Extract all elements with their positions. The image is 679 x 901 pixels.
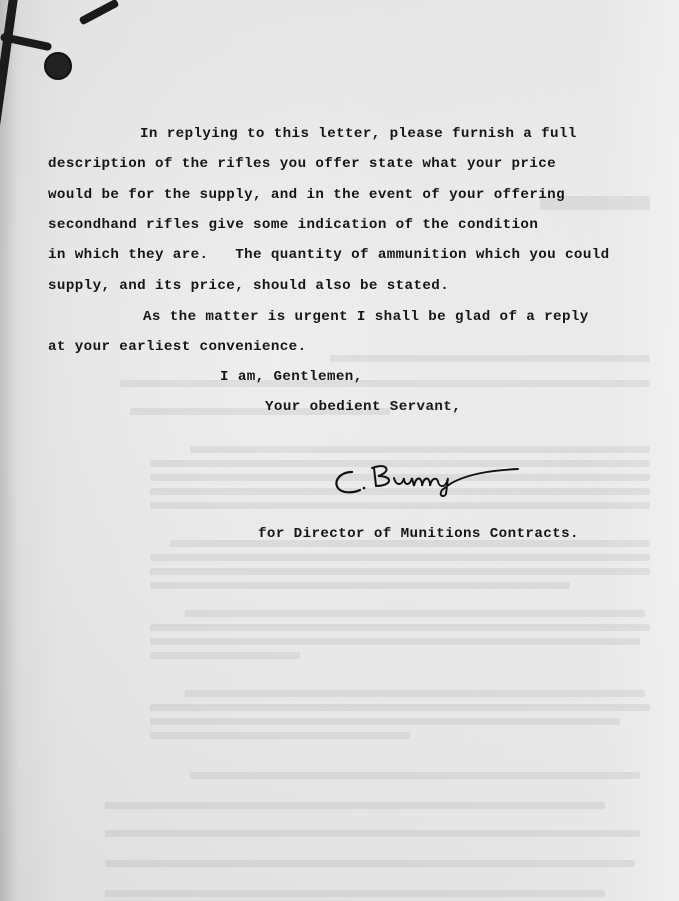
body-line: description of the rifles you offer stat… bbox=[48, 156, 556, 172]
signatory-title: for Director of Munitions Contracts. bbox=[258, 526, 579, 542]
handwritten-signature: C. Burnyeat bbox=[330, 458, 530, 498]
string-knot bbox=[44, 52, 72, 80]
body-line: As the matter is urgent I shall be glad … bbox=[143, 309, 589, 325]
body-line: supply, and its price, should also be st… bbox=[48, 278, 449, 294]
body-line: secondhand rifles give some indication o… bbox=[48, 217, 538, 233]
body-line: in which they are. The quantity of ammun… bbox=[48, 247, 610, 263]
body-line: would be for the supply, and in the even… bbox=[48, 187, 565, 203]
body-line: at your earliest convenience. bbox=[48, 339, 307, 355]
body-line: In replying to this letter, please furni… bbox=[140, 126, 577, 142]
closing-salutation: I am, Gentlemen, bbox=[220, 369, 363, 385]
valediction: Your obedient Servant, bbox=[265, 399, 461, 415]
